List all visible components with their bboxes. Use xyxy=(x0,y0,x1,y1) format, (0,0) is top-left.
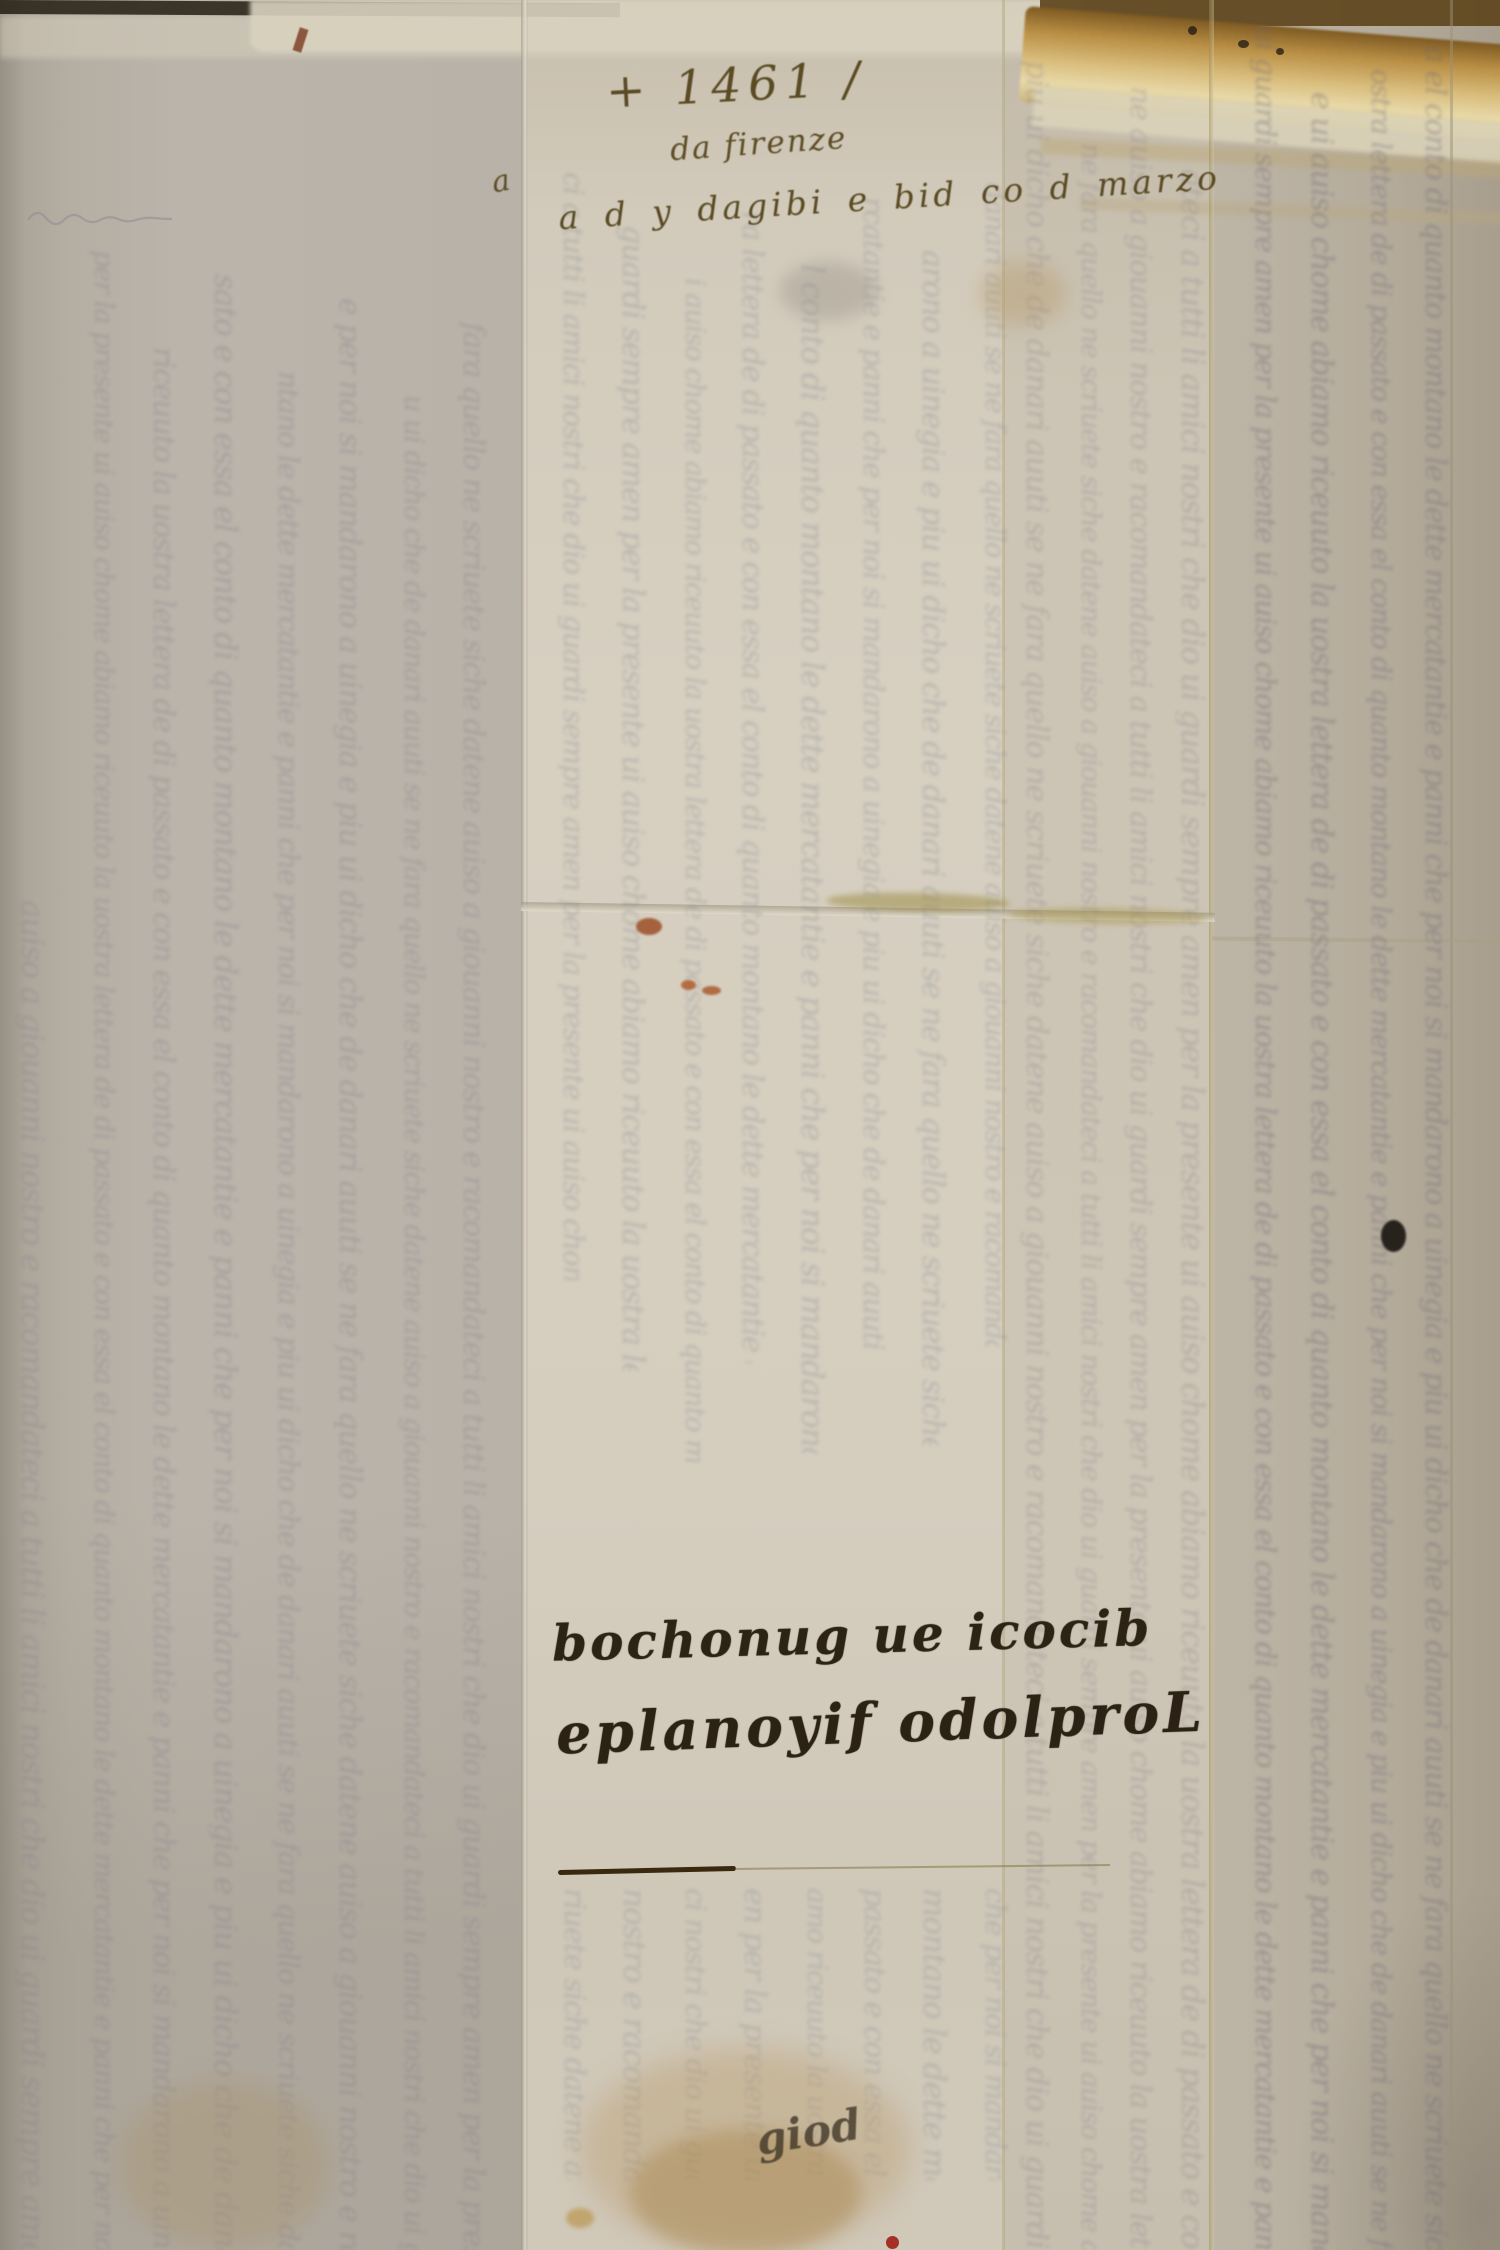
dirt-speck xyxy=(1238,40,1249,48)
dirt-speck xyxy=(1276,48,1284,55)
paper-shade-right-corner xyxy=(1290,1880,1500,2250)
small-stain xyxy=(566,2208,594,2228)
paper-region-mid xyxy=(1004,0,1212,2250)
rust-spot xyxy=(681,980,696,990)
rust-spot xyxy=(636,918,662,935)
manuscript-photo: per la presente ui auiso chome abiamo ri… xyxy=(0,0,1500,2250)
red-wax-dot xyxy=(886,2236,899,2249)
rust-spot xyxy=(702,986,721,995)
water-stain xyxy=(120,2080,330,2250)
gray-smudge-stain xyxy=(780,262,876,320)
vertical-fold-crease xyxy=(521,0,528,2250)
dirt-speck xyxy=(1188,26,1197,35)
ink-blot xyxy=(1381,1220,1406,1252)
vertical-fold-crease xyxy=(1209,0,1214,2250)
paper-region-center xyxy=(527,0,1004,2250)
pen-squiggle xyxy=(26,204,186,234)
vertical-fold-crease xyxy=(1450,0,1453,2250)
paper-edge-left xyxy=(0,0,26,2250)
vertical-fold-crease xyxy=(1002,0,1005,2250)
torn-paper-edge xyxy=(250,0,1080,52)
tan-smudge-stain xyxy=(980,262,1066,326)
